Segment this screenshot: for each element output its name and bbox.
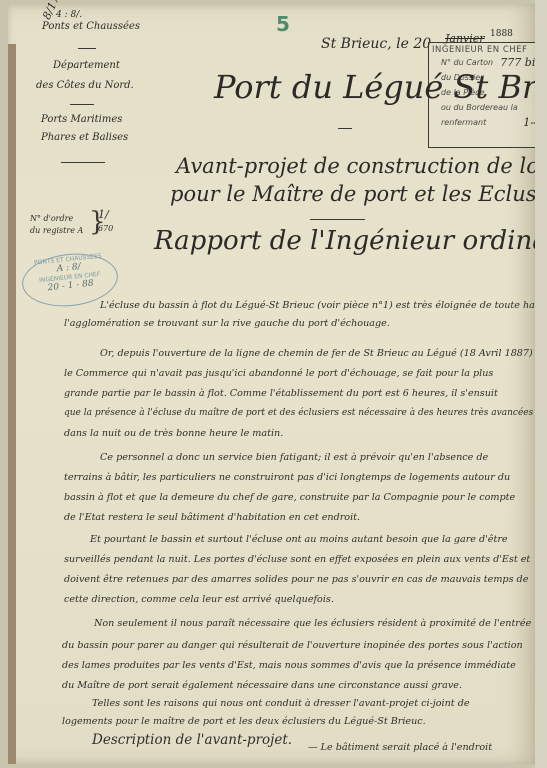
archive-row: renfermant1-4 (429, 115, 547, 130)
registre-label: du registre A (30, 226, 83, 235)
ports-line1: Ports Maritimes (41, 114, 122, 125)
body-line: surveillés pendant la nuit. Les portes d… (64, 554, 530, 565)
ordre-number: 1/ (98, 208, 109, 221)
year: 1888 (490, 29, 513, 39)
ports-line2: Phares et Balises (41, 132, 128, 143)
body-line: des lames produites par les vents d'Est,… (62, 660, 516, 671)
body-line: grande partie par le bassin à flot. Comm… (64, 388, 498, 399)
ponts-number: 4 : 8/. (56, 10, 82, 20)
department-line2: des Côtes du Nord. (36, 80, 134, 91)
subtitle-line2: pour le Maître de port et les Eclusiers. (170, 182, 547, 206)
body-line: du Maître de port serait également néces… (62, 680, 462, 691)
body-line: Non seulement il nous paraît nécessaire … (94, 618, 531, 629)
body-line: l'agglomération se trouvant sur la rive … (64, 318, 390, 329)
divider (78, 48, 96, 49)
report-title: Rapport de l'Ingénieur ordinaire. (154, 226, 547, 256)
body-line: cette direction, comme cela leur est arr… (64, 594, 334, 605)
description-heading: Description de l'avant-projet. (92, 732, 292, 748)
body-line: Or, depuis l'ouverture de la ligne de ch… (100, 348, 533, 359)
divider (310, 219, 365, 220)
divider (61, 162, 105, 163)
body-line: Telles sont les raisons qui nous ont con… (92, 698, 470, 709)
body-line: doivent être retenues par des amarres so… (64, 574, 528, 585)
page-edge (535, 0, 547, 768)
subtitle-line1: Avant-projet de construction de logement… (176, 154, 547, 178)
divider (70, 104, 94, 105)
page-number: 5 (276, 12, 290, 36)
body-line: de l'Etat restera le seul bâtiment d'hab… (64, 512, 360, 523)
body-line: dans la nuit ou de très bonne heure le m… (64, 428, 283, 439)
divider (338, 128, 352, 129)
body-line: que la présence à l'écluse du maître de … (64, 408, 533, 418)
ordre-label: N° d'ordre (30, 214, 73, 223)
binding-edge (8, 44, 16, 764)
service-name: Ponts et Chaussées (42, 21, 140, 32)
body-line: du bassin pour parer au danger qui résul… (62, 640, 523, 651)
document-page: 8/17 4 : 8/. Ponts et Chaussées Départem… (8, 4, 535, 764)
body-line: terrains à bâtir, les particuliers ne co… (64, 472, 510, 483)
body-line: Ce personnel a donc un service bien fati… (100, 452, 488, 463)
ordre-denominator: 670 (98, 224, 113, 233)
body-line: le Commerce qui n'avait pas jusqu'ici ab… (64, 368, 493, 379)
description-text: — Le bâtiment serait placé à l'endroit (308, 742, 492, 753)
archive-stamp-header: INGENIEUR EN CHEF (429, 43, 547, 55)
date-line: St Brieuc, le 20 (321, 36, 431, 52)
body-line: logements pour le maître de port et les … (62, 716, 426, 727)
body-line: L'écluse du bassin à flot du Légué-St Br… (100, 300, 547, 311)
body-line: Et pourtant le bassin et surtout l'éclus… (90, 534, 508, 545)
body-line: bassin à flot et que la demeure du chef … (64, 492, 515, 503)
department-line1: Département (53, 60, 120, 71)
document-title: Port du Légué St Brieuc. (214, 68, 547, 106)
